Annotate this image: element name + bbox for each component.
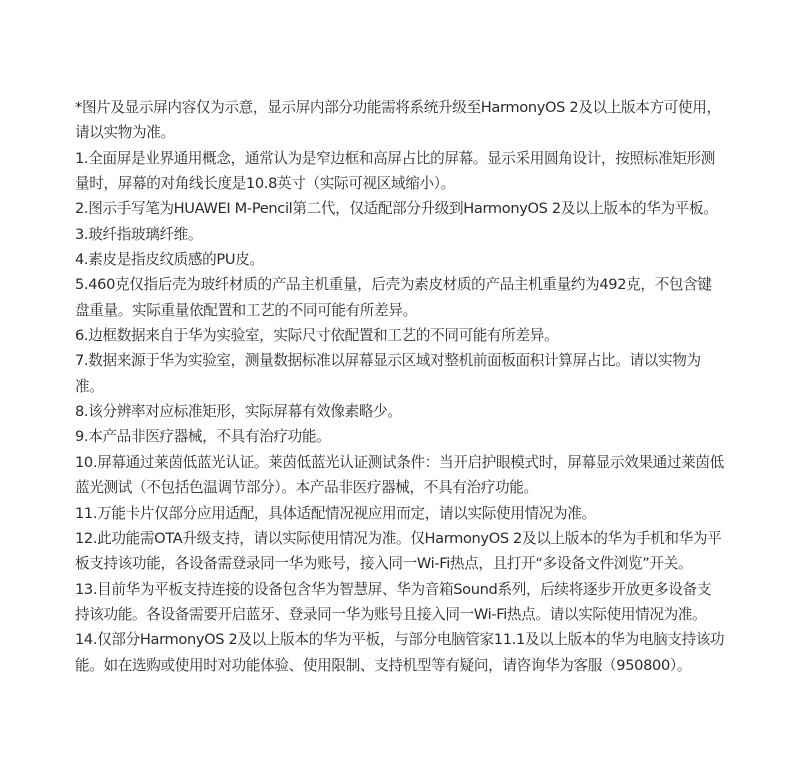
note-9-medical: 9.本产品非医疗器械，不具有治疗功能。 (75, 424, 725, 449)
note-10-low-blue-light: 10.屏幕通过莱茵低蓝光认证。莱茵低蓝光认证测试条件：当开启护眼模式时，屏幕显示… (75, 450, 725, 501)
note-11-service-widgets: 11.万能卡片仅部分应用适配，具体适配情况视应用而定，请以实际使用情况为准。 (75, 501, 725, 526)
note-12-ota: 12.此功能需OTA升级支持，请以实际使用情况为准。仅HarmonyOS 2及以… (75, 526, 725, 577)
note-8-resolution: 8.该分辨率对应标准矩形，实际屏幕有效像素略少。 (75, 399, 725, 424)
note-14-pc-manager: 14.仅部分HarmonyOS 2及以上版本的华为平板，与部分电脑管家11.1及… (75, 627, 725, 678)
note-4-leather: 4.素皮是指皮纹质感的PU皮。 (75, 247, 725, 272)
disclaimer-notes: *图片及显示屏内容仅为示意，显示屏内部分功能需将系统升级至HarmonyOS 2… (75, 95, 725, 678)
note-3-fiberglass: 3.玻纤指玻璃纤维。 (75, 222, 725, 247)
note-1-fullscreen: 1.全面屏是业界通用概念，通常认为是窄边框和高屏占比的屏幕。显示采用圆角设计，按… (75, 146, 725, 197)
note-5-weight: 5.460克仅指后壳为玻纤材质的产品主机重量，后壳为素皮材质的产品主机重量约为4… (75, 272, 725, 323)
note-6-bezel: 6.边框数据来自于华为实验室，实际尺寸依配置和工艺的不同可能有所差异。 (75, 323, 725, 348)
note-general: *图片及显示屏内容仅为示意，显示屏内部分功能需将系统升级至HarmonyOS 2… (75, 95, 725, 146)
note-13-connected-devices: 13.目前华为平板支持连接的设备包含华为智慧屏、华为音箱Sound系列，后续将逐… (75, 577, 725, 628)
note-7-screen-ratio: 7.数据来源于华为实验室，测量数据标准以屏幕显示区域对整机前面板面积计算屏占比。… (75, 348, 725, 399)
note-2-pencil: 2.图示手写笔为HUAWEI M-Pencil第二代，仅适配部分升级到Harmo… (75, 196, 725, 221)
